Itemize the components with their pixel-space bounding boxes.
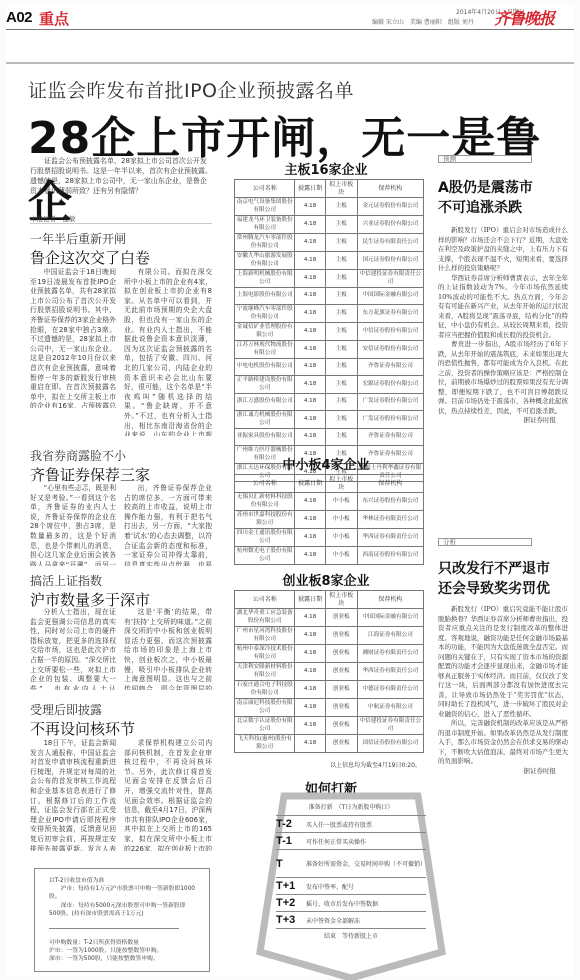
table-cell: 主板 — [325, 359, 357, 376]
column-header: 保荐机构 — [357, 475, 423, 493]
table-cell: 中信证券股份有限公司 — [357, 323, 423, 341]
table-cell: 创业板 — [325, 699, 357, 717]
chinext-table: 公司名称披露日期拟上市板块保荐机构湖北华舟重工应急装备股份有限公司4.18创业板… — [234, 590, 424, 753]
table-cell: 主板 — [325, 216, 357, 234]
article-column: 这是‘平衡’的结果，带有‘扶持’上交所的味道。”之前深交所的中小板和创业板明显活… — [124, 608, 212, 690]
table-cell: 4.18 — [295, 323, 325, 341]
table-cell: 南京电气设备集团股份有限公司 — [235, 198, 295, 216]
section-title: 鲁企这次交了白卷 — [30, 247, 150, 268]
table-cell: 南京康尼科技股份有限公司 — [235, 699, 295, 717]
table-row: 安徽九华山旅游发展股份有限公司4.18主板国元证券股份有限公司 — [235, 252, 424, 270]
table-cell: 4.18 — [295, 216, 325, 234]
table-row: 浙江诚力机械股份有限公司4.18主板广发证券股份有限公司 — [235, 411, 424, 429]
table-cell: 无锡贝汇新材料科技股份有限公司 — [235, 493, 295, 511]
main-board-table: 公司名称披露日期拟上市板块保荐机构南京电气设备集团股份有限公司4.18主板金元证… — [234, 179, 424, 482]
article-column: 18日下午，证监会新闻发言人通报称，中国证监会对首发申请审核流程重新进行梳理，并… — [30, 739, 116, 851]
table-title: 中小板4家企业 — [231, 454, 421, 473]
step-start: 准备打新 （T日为新股申购日） — [276, 799, 426, 816]
table-cell: 4.18 — [295, 511, 325, 529]
table-row: 上海电影股份有限公司4.18主板中国国际金融有限公司 — [235, 288, 424, 305]
article-lead: 证监会公布预披露名单，28家拟上市公司首次公开发行股票招股说明书。这是一年半以来… — [30, 156, 212, 196]
table-footnote: 以上信息均为截至4月19日0:20。 — [330, 760, 421, 769]
column-header: 公司名称 — [235, 180, 295, 198]
column-header: 拟上市板块 — [325, 591, 357, 609]
section-label: 重点 — [39, 8, 69, 29]
section-subhead: 我省券商露脸不小 — [30, 447, 126, 464]
table-cell: 中信建投证券有限责任公司 — [357, 270, 423, 288]
table-cell: 兴业证券股份有限公司 — [357, 216, 423, 234]
table-cell: 福建龙马环卫装备股份有限公司 — [235, 216, 295, 234]
table-row: 浙江万盛股份有限公司4.18主板广发证券股份有限公司 — [235, 394, 424, 411]
table-cell: 4.18 — [295, 699, 325, 717]
table-cell: 杭州中泰深冷技术股份有限公司 — [235, 645, 295, 663]
article-column: 有限公司。而拟在深交所中小板上市的企业有4家，拟在创业板上市的企业有8家。从名单… — [124, 268, 212, 436]
table-cell: 上海电影股份有限公司 — [235, 288, 295, 305]
table-cell: 金诚信矿业管理股份有限公司 — [235, 323, 295, 341]
table-cell: 4.18 — [295, 411, 325, 429]
table-cell: 上海新明机械股份有限公司 — [235, 270, 295, 288]
table-cell: 石家庄通合电子科技股份有限公司 — [235, 681, 295, 699]
column-header: 披露日期 — [295, 591, 325, 609]
table-cell: 创业板 — [325, 717, 357, 735]
table-cell: 4.18 — [295, 359, 325, 376]
table-cell: 4.18 — [295, 234, 325, 252]
table-cell: 四川金王通讯股份有限公司 — [235, 529, 295, 547]
page-header: A02 重点 2014年4月20日 星期日 编辑 宋立山 美编 曹丽阳 组版 刘… — [6, 4, 574, 30]
article-kicker: 证监会昨发布首批IPO企业预披露名单 — [28, 76, 354, 103]
forecast-title: A股仍是震荡市 不可追涨杀跌 — [438, 178, 533, 218]
table-cell: 主板 — [325, 376, 357, 394]
article-column: 出，齐鲁证券保荐企业占的席位多，一方面可带来较高的上市收益，说明上市操作能力强，… — [124, 484, 212, 566]
table-row: 苏州市世嘉科技股份有限公司4.18中小板华林证券有限责任公司 — [235, 511, 424, 529]
divider — [6, 62, 574, 64]
table-cell: 江海证券有限公司 — [357, 627, 423, 645]
table-cell: 主板 — [325, 341, 357, 359]
table-cell: 中信建投证券有限责任公司 — [357, 717, 423, 735]
table-cell: 广发证券股份有限公司 — [357, 394, 423, 411]
table-cell: 主板 — [325, 288, 357, 305]
table-cell: 4.18 — [295, 663, 325, 681]
step-row: T-1可作任何正常买卖操作 — [276, 833, 426, 850]
table-cell: 4.18 — [295, 305, 325, 323]
table-cell: 金元证券股份有限公司 — [357, 198, 423, 216]
table-cell: 民生证券有限责任公司 — [357, 234, 423, 252]
table-cell: 4.18 — [295, 735, 325, 753]
table-title: 主板16家企业 — [231, 159, 421, 178]
analysis-body: 新股发行（IPO）重启究竟能不能让股市脱胎换骨？华西证券首席分析师曹贵指出，投资… — [438, 605, 568, 970]
column-header: 披露日期 — [295, 475, 325, 493]
table-cell: 创业板 — [325, 735, 357, 753]
divider — [30, 223, 212, 224]
table-cell: 4.18 — [295, 627, 325, 645]
article-column: 中国证监会于18日晚间至19日凌晨发布首批IPO企业预披露名单，共有28家拟上市… — [30, 268, 116, 408]
column-header: 披露日期 — [295, 180, 325, 198]
table-cell: 4.18 — [295, 547, 325, 565]
table-cell: 齐鲁证券有限公司 — [357, 359, 423, 376]
table-cell: 4.18 — [295, 609, 325, 627]
table-row: 湖北华舟重工应急装备股份有限公司4.18创业板中国国际金融有限公司 — [235, 609, 424, 627]
column-header: 拟上市板块 — [325, 180, 357, 198]
table-cell: 东方花旗证券有限公司 — [357, 305, 423, 323]
table-cell: 广发证券股份有限公司 — [357, 411, 423, 429]
table-cell: 苏州市世嘉科技股份有限公司 — [235, 511, 295, 529]
table-cell: 中德证券有限责任公司 — [357, 681, 423, 699]
table-row: 中电电机股份有限公司4.18主板齐鲁证券有限公司 — [235, 359, 424, 376]
table-cell: 4.18 — [295, 529, 325, 547]
column-header: 拟上市板块 — [325, 475, 357, 493]
table-row: 南京康尼科技股份有限公司4.18创业板中航证券有限公司 — [235, 699, 424, 717]
table-cell: 主板 — [325, 323, 357, 341]
table-cell: 国元证券股份有限公司 — [357, 252, 423, 270]
table-header-row: 公司名称披露日期拟上市板块保荐机构 — [235, 591, 424, 609]
table-cell: 飞天科技(惠州)股份有限公司 — [235, 735, 295, 753]
table-row: 石家庄通合电子科技股份有限公司4.18创业板中德证券有限责任公司 — [235, 681, 424, 699]
step-row: T准备好所需资金，交易时间申购（不可撤销） — [276, 850, 426, 878]
table-cell: 天津利安隆新材料股份有限公司 — [235, 663, 295, 681]
table-row: 江苏万林现代物流股份有限公司4.18主板安信证券股份有限公司 — [235, 341, 424, 359]
table-cell: 亚振家具股份有限公司 — [235, 429, 295, 446]
step-row: T+3未中签资金全部解冻 — [276, 912, 426, 929]
table-cell: 4.18 — [295, 288, 325, 305]
newspaper-page: A02 重点 2014年4月20日 星期日 编辑 宋立山 美编 曹丽阳 组版 刘… — [6, 4, 574, 976]
table-cell: 主板 — [325, 270, 357, 288]
page-number: A02 — [6, 9, 32, 26]
column-header: 公司名称 — [235, 591, 295, 609]
table-row: 南京电气设备集团股份有限公司4.18主板金元证券股份有限公司 — [235, 198, 424, 216]
table-row: 福建龙马环卫装备股份有限公司4.18主板兴业证券股份有限公司 — [235, 216, 424, 234]
table-cell: 主板 — [325, 198, 357, 216]
table-cell: 东兴证券股份有限公司 — [357, 493, 423, 511]
section-subhead: 搞活上证指数 — [30, 572, 102, 589]
table-row: 亚振家具股份有限公司4.18主板齐鲁证券有限公司 — [235, 429, 424, 446]
step-end: 结束 等待新股上市 — [276, 929, 426, 945]
table-cell: 4.18 — [295, 198, 325, 216]
table-cell: 正平路桥建设股份有限公司 — [235, 376, 295, 394]
table-cell: 江苏万林现代物流股份有限公司 — [235, 341, 295, 359]
table-cell: 安徽九华山旅游发展股份有限公司 — [235, 252, 295, 270]
table-row: 天津利安隆新材料股份有限公司4.18创业板华西证券有限责任公司 — [235, 663, 424, 681]
table-row: 宁波继峰汽车零部件股份有限公司4.18主板东方花旗证券有限公司 — [235, 305, 424, 323]
table-cell: 中小板 — [325, 547, 357, 565]
table-cell: 主板 — [325, 394, 357, 411]
table-cell: 华西证券有限责任公司 — [357, 663, 423, 681]
table-cell: 4.18 — [295, 252, 325, 270]
step-row: T+2摇号、收市后发布中签数据 — [276, 895, 426, 912]
table-cell: 4.18 — [295, 394, 325, 411]
table-cell: 常州腾龙汽车零部件股份有限公司 — [235, 234, 295, 252]
table-cell: 创业板 — [325, 609, 357, 627]
table-row: 广州市星河湾科技股份有限公司4.18创业板江海证券有限公司 — [235, 627, 424, 645]
article-column: 求保荐机构建立公司内部问核机制，在首发企业审核过程中，不再设问核环节。另外，此次… — [124, 739, 212, 851]
table-title: 创业板8家企业 — [231, 570, 421, 589]
table-cell: 浙江诚力机械股份有限公司 — [235, 411, 295, 429]
table-cell: 主板 — [325, 429, 357, 446]
table-cell: 创业板 — [325, 681, 357, 699]
table-cell: 创业板 — [325, 663, 357, 681]
column-header: 保荐机构 — [357, 180, 423, 198]
table-cell: 中国国际金融有限公司 — [357, 609, 423, 627]
sme-board-table: 公司名称披露日期拟上市板块保荐机构无锡贝汇新材料科技股份有限公司4.18中小板东… — [234, 474, 424, 565]
table-cell: 宏源证券股份有限公司 — [357, 376, 423, 394]
table-cell: 中小板 — [325, 493, 357, 511]
table-cell: 创业板 — [325, 627, 357, 645]
table-row: 四川金王通讯股份有限公司4.18中小板华西证券有限责任公司 — [235, 529, 424, 547]
forecast-tag: 预测 — [438, 155, 532, 163]
table-cell: 4.18 — [295, 341, 325, 359]
table-cell: 华西证券有限责任公司 — [357, 529, 423, 547]
section-title: 不再设问核环节 — [30, 718, 135, 739]
section-subhead: 一年半后重新开闸 — [30, 230, 126, 247]
table-cell: 4.18 — [295, 429, 325, 446]
section-title: 齐鲁证券保荐三家 — [30, 464, 150, 485]
table-cell: 4.18 — [295, 717, 325, 735]
table-cell: 中国国际金融有限公司 — [357, 288, 423, 305]
article-column: 分析人士指出，现在证监会更强调公司信息的真实性，同时对公司上市的硬件指标放宽，把… — [30, 608, 116, 690]
table-row: 正平路桥建设股份有限公司4.18主板宏源证券股份有限公司 — [235, 376, 424, 394]
subscription-rules-callout: 以T-2日收盘市值为准 沪市：每持有1万元沪市股票可申购一签新股即1000股。 … — [34, 868, 210, 972]
table-row: 杭州微光电子股份有限公司4.18中小板西南证券股份有限公司 — [235, 547, 424, 565]
step-row: T+1发布中签率、配号 — [276, 878, 426, 895]
table-cell: 华林证券有限责任公司 — [357, 511, 423, 529]
table-cell: 宁波继峰汽车零部件股份有限公司 — [235, 305, 295, 323]
table-row: 杭州中泰深冷技术股份有限公司4.18创业板湘财证券有限责任公司 — [235, 645, 424, 663]
forecast-body: 新股发行（IPO）重启会对市场造成什么样的影响？市场还会不会下行？近期，大盘处在… — [438, 226, 568, 536]
table-cell: 齐鲁证券有限公司 — [357, 429, 423, 446]
column-header: 公司名称 — [235, 475, 295, 493]
section-subhead: 受理后即披露 — [30, 701, 102, 718]
analysis-tag: 分析 — [438, 538, 532, 546]
table-cell: 主板 — [325, 305, 357, 323]
table-cell: 西南证券股份有限公司 — [357, 547, 423, 565]
ipo-steps: 准备打新 （T日为新股申购日） T-2买入任一股票或持有股票 T-1可作任何正常… — [276, 799, 426, 945]
table-cell: 浙江万盛股份有限公司 — [235, 394, 295, 411]
masthead-logo: 齐鲁晚报 — [494, 6, 554, 29]
table-cell: 杭州微光电子股份有限公司 — [235, 547, 295, 565]
article-column: “心里有些忐忑，既是利好又是考验。”一看到这个名单，齐鲁证券的业内人士说，齐鲁证… — [30, 484, 116, 566]
table-row: 常州腾龙汽车零部件股份有限公司4.18主板民生证券有限责任公司 — [235, 234, 424, 252]
table-cell: 中航证券有限公司 — [357, 699, 423, 717]
table-row: 飞天科技(惠州)股份有限公司4.18创业板国信证券股份有限公司 — [235, 735, 424, 753]
table-cell: 4.18 — [295, 681, 325, 699]
table-cell: 主板 — [325, 252, 357, 270]
table-cell: 北京数字认证股份有限公司 — [235, 717, 295, 735]
table-cell: 广州市星河湾科技股份有限公司 — [235, 627, 295, 645]
table-cell: 中电电机股份有限公司 — [235, 359, 295, 376]
table-cell: 安信证券股份有限公司 — [357, 341, 423, 359]
editor-credits: 编辑 宋立山 美编 曹丽阳 组版 刘丹 — [372, 17, 474, 26]
table-cell: 湘财证券有限责任公司 — [357, 645, 423, 663]
table-cell: 湖北华舟重工应急装备股份有限公司 — [235, 609, 295, 627]
table-row: 无锡贝汇新材料科技股份有限公司4.18中小板东兴证券股份有限公司 — [235, 493, 424, 511]
column-header: 保荐机构 — [357, 591, 423, 609]
analysis-title: 只改发行不严退市 还会导致奖劣罚优 — [438, 559, 550, 599]
table-header-row: 公司名称披露日期拟上市板块保荐机构 — [235, 475, 424, 493]
table-cell: 主板 — [325, 234, 357, 252]
table-cell: 创业板 — [325, 645, 357, 663]
table-cell: 4.18 — [295, 493, 325, 511]
table-cell: 主板 — [325, 411, 357, 429]
table-cell: 4.18 — [295, 376, 325, 394]
section-title: 沪市数量多于深市 — [30, 589, 150, 610]
table-row: 上海新明机械股份有限公司4.18主板中信建投证券有限责任公司 — [235, 270, 424, 288]
table-header-row: 公司名称披露日期拟上市板块保荐机构 — [235, 180, 424, 198]
step-row: T-2买入任一股票或持有股票 — [276, 816, 426, 833]
byline: 本报记者 孟敏 — [30, 214, 76, 223]
table-row: 北京数字认证股份有限公司4.18创业板中信建投证券有限责任公司 — [235, 717, 424, 735]
table-cell: 4.18 — [295, 270, 325, 288]
table-cell: 4.18 — [295, 645, 325, 663]
table-cell: 中小板 — [325, 529, 357, 547]
table-cell: 国信证券股份有限公司 — [357, 735, 423, 753]
table-row: 金诚信矿业管理股份有限公司4.18主板中信证券股份有限公司 — [235, 323, 424, 341]
table-cell: 中小板 — [325, 511, 357, 529]
